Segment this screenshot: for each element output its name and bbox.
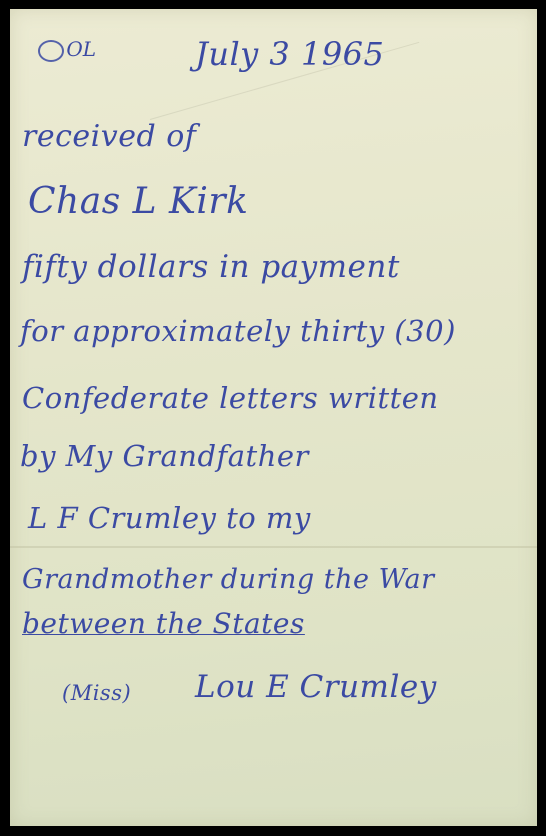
text-line-recipient: Grandmother during the War (22, 564, 435, 595)
text-line-received: received of (22, 119, 196, 154)
receipt-paper: OL July 3 1965 received of Chas L Kirk f… (10, 9, 537, 826)
text-line-author-name: L F Crumley to my (28, 501, 311, 535)
corner-initials-mark: OL (38, 37, 96, 62)
text-line-war: between the States (22, 607, 305, 640)
receipt-date: July 3 1965 (195, 35, 384, 73)
corner-initials: OL (66, 37, 96, 61)
paper-fold-line (10, 546, 537, 548)
text-line-author: by My Grandfather (20, 439, 309, 473)
signature-title: (Miss) (62, 681, 131, 705)
scribble-icon (38, 40, 64, 62)
text-line-amount: fifty dollars in payment (22, 249, 400, 285)
text-line-quantity: for approximately thirty (30) (20, 314, 456, 348)
text-line-payer-name: Chas L Kirk (28, 181, 248, 222)
signature-name: Lou E Crumley (195, 669, 437, 705)
text-line-items: Confederate letters written (22, 381, 439, 415)
